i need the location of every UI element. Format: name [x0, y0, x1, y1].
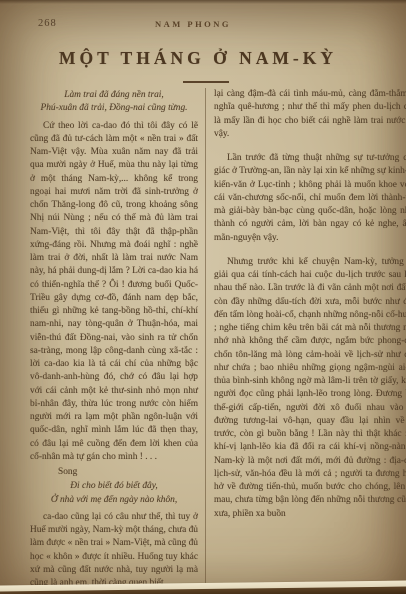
poem-line: Đi cho biết đó biết đây, [30, 480, 198, 493]
paragraph: Cứ theo lời ca-dao đó thì tôi đây có lẽ … [30, 120, 198, 465]
paragraph: lại càng đậm-đà cái tình máu-mủ, càng đằ… [214, 88, 406, 141]
poem-line: Ở nhà với mẹ đến ngày nào khôn, [30, 494, 198, 507]
second-couplet: Đi cho biết đó biết đây, Ở nhà với mẹ đế… [30, 480, 198, 507]
paragraph: ca-dao cũng lại có câu như thế, thì tuy … [30, 511, 198, 585]
song-label: Song [30, 466, 198, 479]
opening-couplet: Làm trai đã đáng nền trai, Phú-xuân đã t… [30, 89, 198, 116]
poem-line: Phú-xuân đã trải, Đồng-nai cũng từng. [30, 102, 198, 115]
journal-name: NAM PHONG [30, 19, 356, 29]
title-rule [183, 81, 229, 83]
left-column: Làm trai đã đáng nền trai, Phú-xuân đã t… [30, 88, 205, 585]
scanned-page-photo: 268 NAM PHONG MỘT THÁNG Ở NAM-KỲ Làm tra… [0, 0, 406, 594]
right-column: lại càng đậm-đà cái tình máu-mủ, càng đằ… [205, 88, 406, 585]
article-body: Làm trai đã đáng nền trai, Phú-xuân đã t… [30, 88, 406, 585]
article-title: MỘT THÁNG Ở NAM-KỲ [20, 48, 376, 69]
running-header: 268 NAM PHONG [30, 16, 396, 30]
paragraph: Nhưng trước khi kể chuyện Nam-kỳ, tưởng … [214, 256, 406, 521]
photo-top-edge [0, 0, 406, 4]
poem-line: Làm trai đã đáng nền trai, [30, 89, 198, 102]
paragraph: Lần trước đã từng thuật những sự tư-tưởn… [214, 152, 406, 245]
